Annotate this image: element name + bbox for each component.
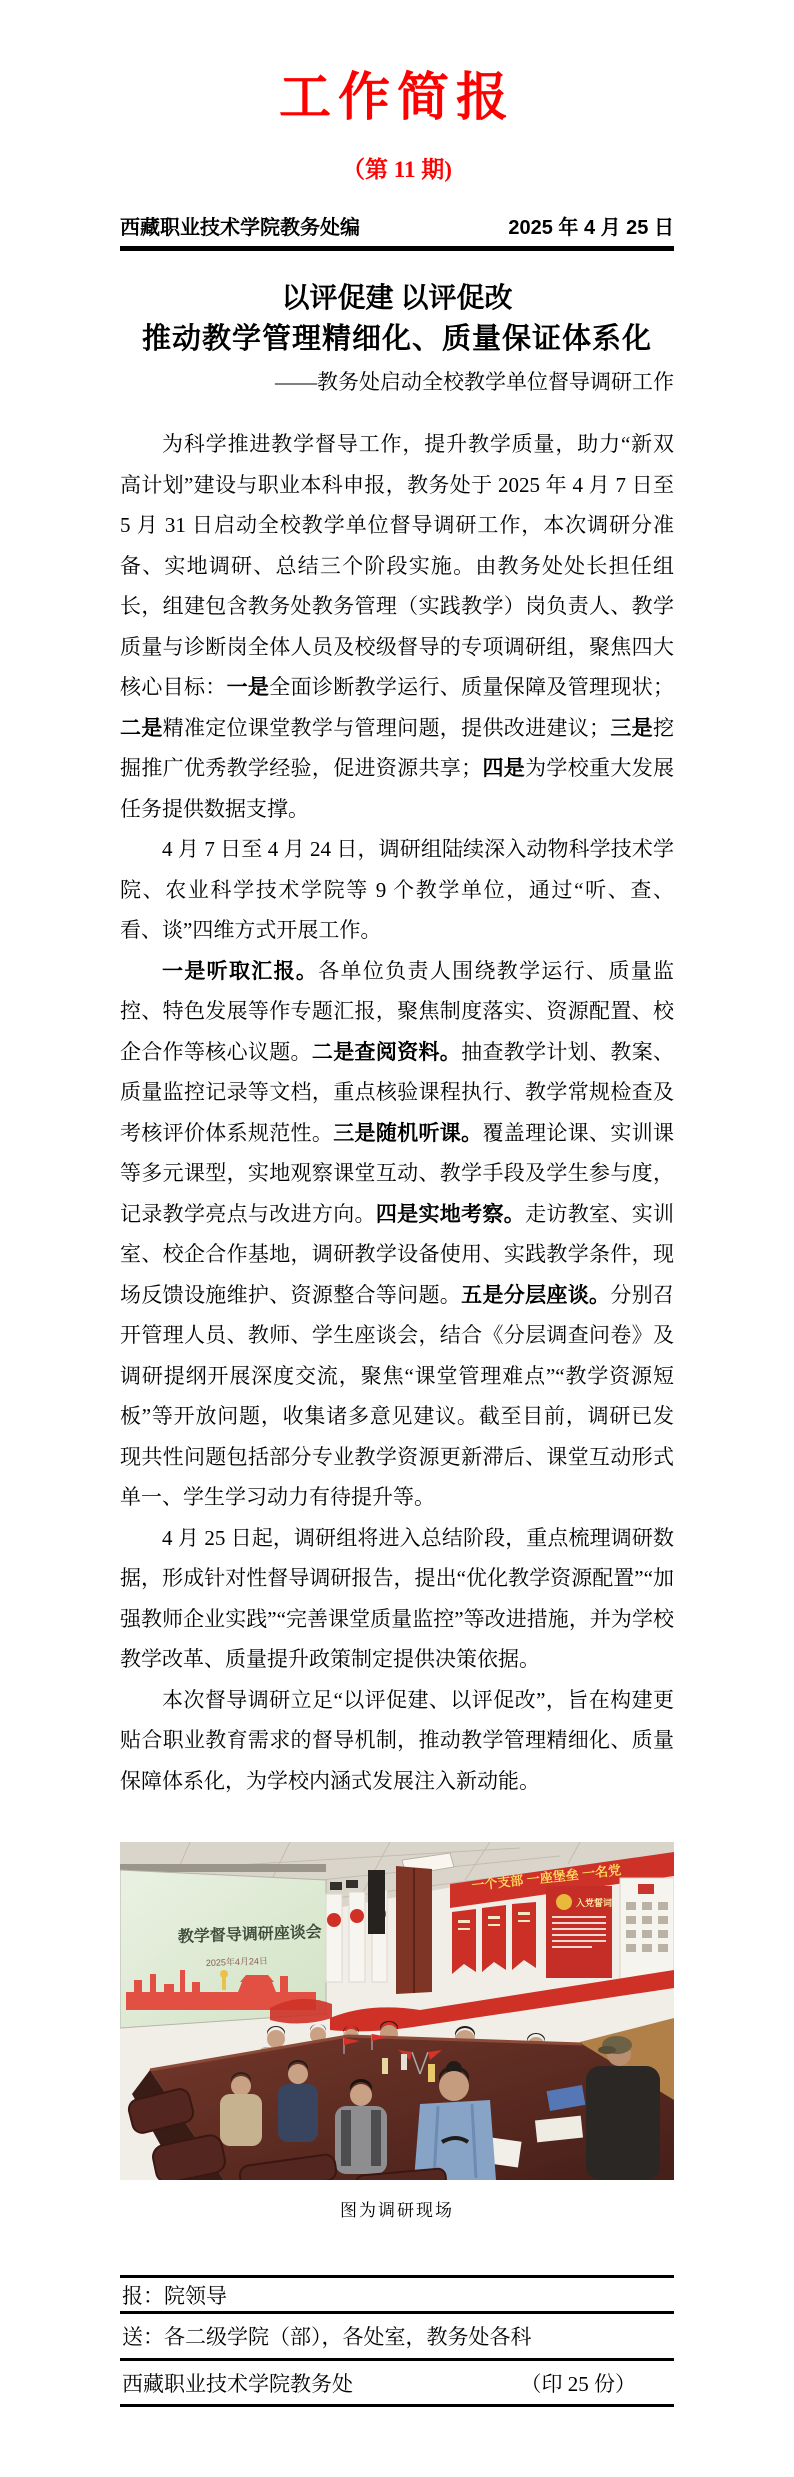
slide-date-text: 2025年4月24日 [206, 1955, 268, 1968]
footer-send-label: 送： [122, 2321, 164, 2351]
body-paragraph: 4 月 25 日起，调研组将进入总结阶段，重点梳理调研数据，形成针对性督导调研报… [120, 1518, 674, 1680]
photo-caption: 图为调研现场 [0, 2196, 794, 2221]
oath-poster: 入党誓词 [546, 1886, 612, 1978]
oath-poster-title: 入党誓词 [576, 1897, 612, 1908]
article-title-line1: 以评促建 以评促改 [0, 276, 794, 316]
meeting-room-door [396, 1866, 432, 1994]
masthead-issue-number: （第 11 期) [0, 151, 794, 184]
footer-report-row: 报： 院领导 [120, 2278, 674, 2314]
body-paragraph: 4 月 7 日至 4 月 24 日，调研组陆续深入动物科学技术学院、农业科学技术… [120, 829, 674, 951]
wall-speaker [368, 1870, 385, 1934]
article-title-line2: 推动教学管理精细化、质量保证体系化 [0, 316, 794, 357]
meeting-room-illustration: 教学督导调研座谈会 2025年4月24日 [120, 1842, 674, 2180]
article-body: 为科学推进教学督导工作，提升教学质量，助力“新双高计划”建设与职业本科申报，教务… [120, 424, 674, 1801]
org-chart-poster [620, 1878, 674, 1982]
distribution-footer: 报： 院领导 送： 各二级学院（部），各处室，教务处各科 西藏职业技术学院教务处… [120, 2275, 674, 2407]
masthead-editor: 西藏职业技术学院教务处编 [120, 211, 360, 240]
research-meeting-photo: 教学督导调研座谈会 2025年4月24日 [120, 1842, 674, 2180]
footer-copies: （印 25 份） [521, 2368, 637, 2398]
body-paragraph: 为科学推进教学督导工作，提升教学质量，助力“新双高计划”建设与职业本科申报，教务… [120, 424, 674, 829]
footer-send-row: 送： 各二级学院（部），各处室，教务处各科 [120, 2314, 674, 2361]
bulletin-page: 工作简报 （第 11 期) 西藏职业技术学院教务处编 2025 年 4 月 25… [0, 0, 794, 2477]
footer-report-value: 院领导 [164, 2280, 227, 2310]
article-subtitle: ——教务处启动全校教学单位督导调研工作 [120, 366, 674, 396]
masthead-byline: 西藏职业技术学院教务处编 2025 年 4 月 25 日 [120, 211, 674, 240]
footer-issuer: 西藏职业技术学院教务处 [122, 2368, 353, 2398]
footer-report-label: 报： [122, 2280, 164, 2310]
body-paragraph: 本次督导调研立足“以评促建、以评促改”，旨在构建更贴合职业教育需求的督导机制，推… [120, 1680, 674, 1802]
footer-issuer-row: 西藏职业技术学院教务处 （印 25 份） [120, 2361, 674, 2407]
masthead-title: 工作简报 [0, 70, 794, 127]
masthead-date: 2025 年 4 月 25 日 [508, 211, 674, 240]
body-paragraph: 一是听取汇报。各单位负责人围绕教学运行、质量监控、特色发展等作专题汇报，聚焦制度… [120, 951, 674, 1518]
masthead-divider-rule [120, 246, 674, 251]
footer-send-value: 各二级学院（部），各处室，教务处各科 [164, 2321, 532, 2351]
